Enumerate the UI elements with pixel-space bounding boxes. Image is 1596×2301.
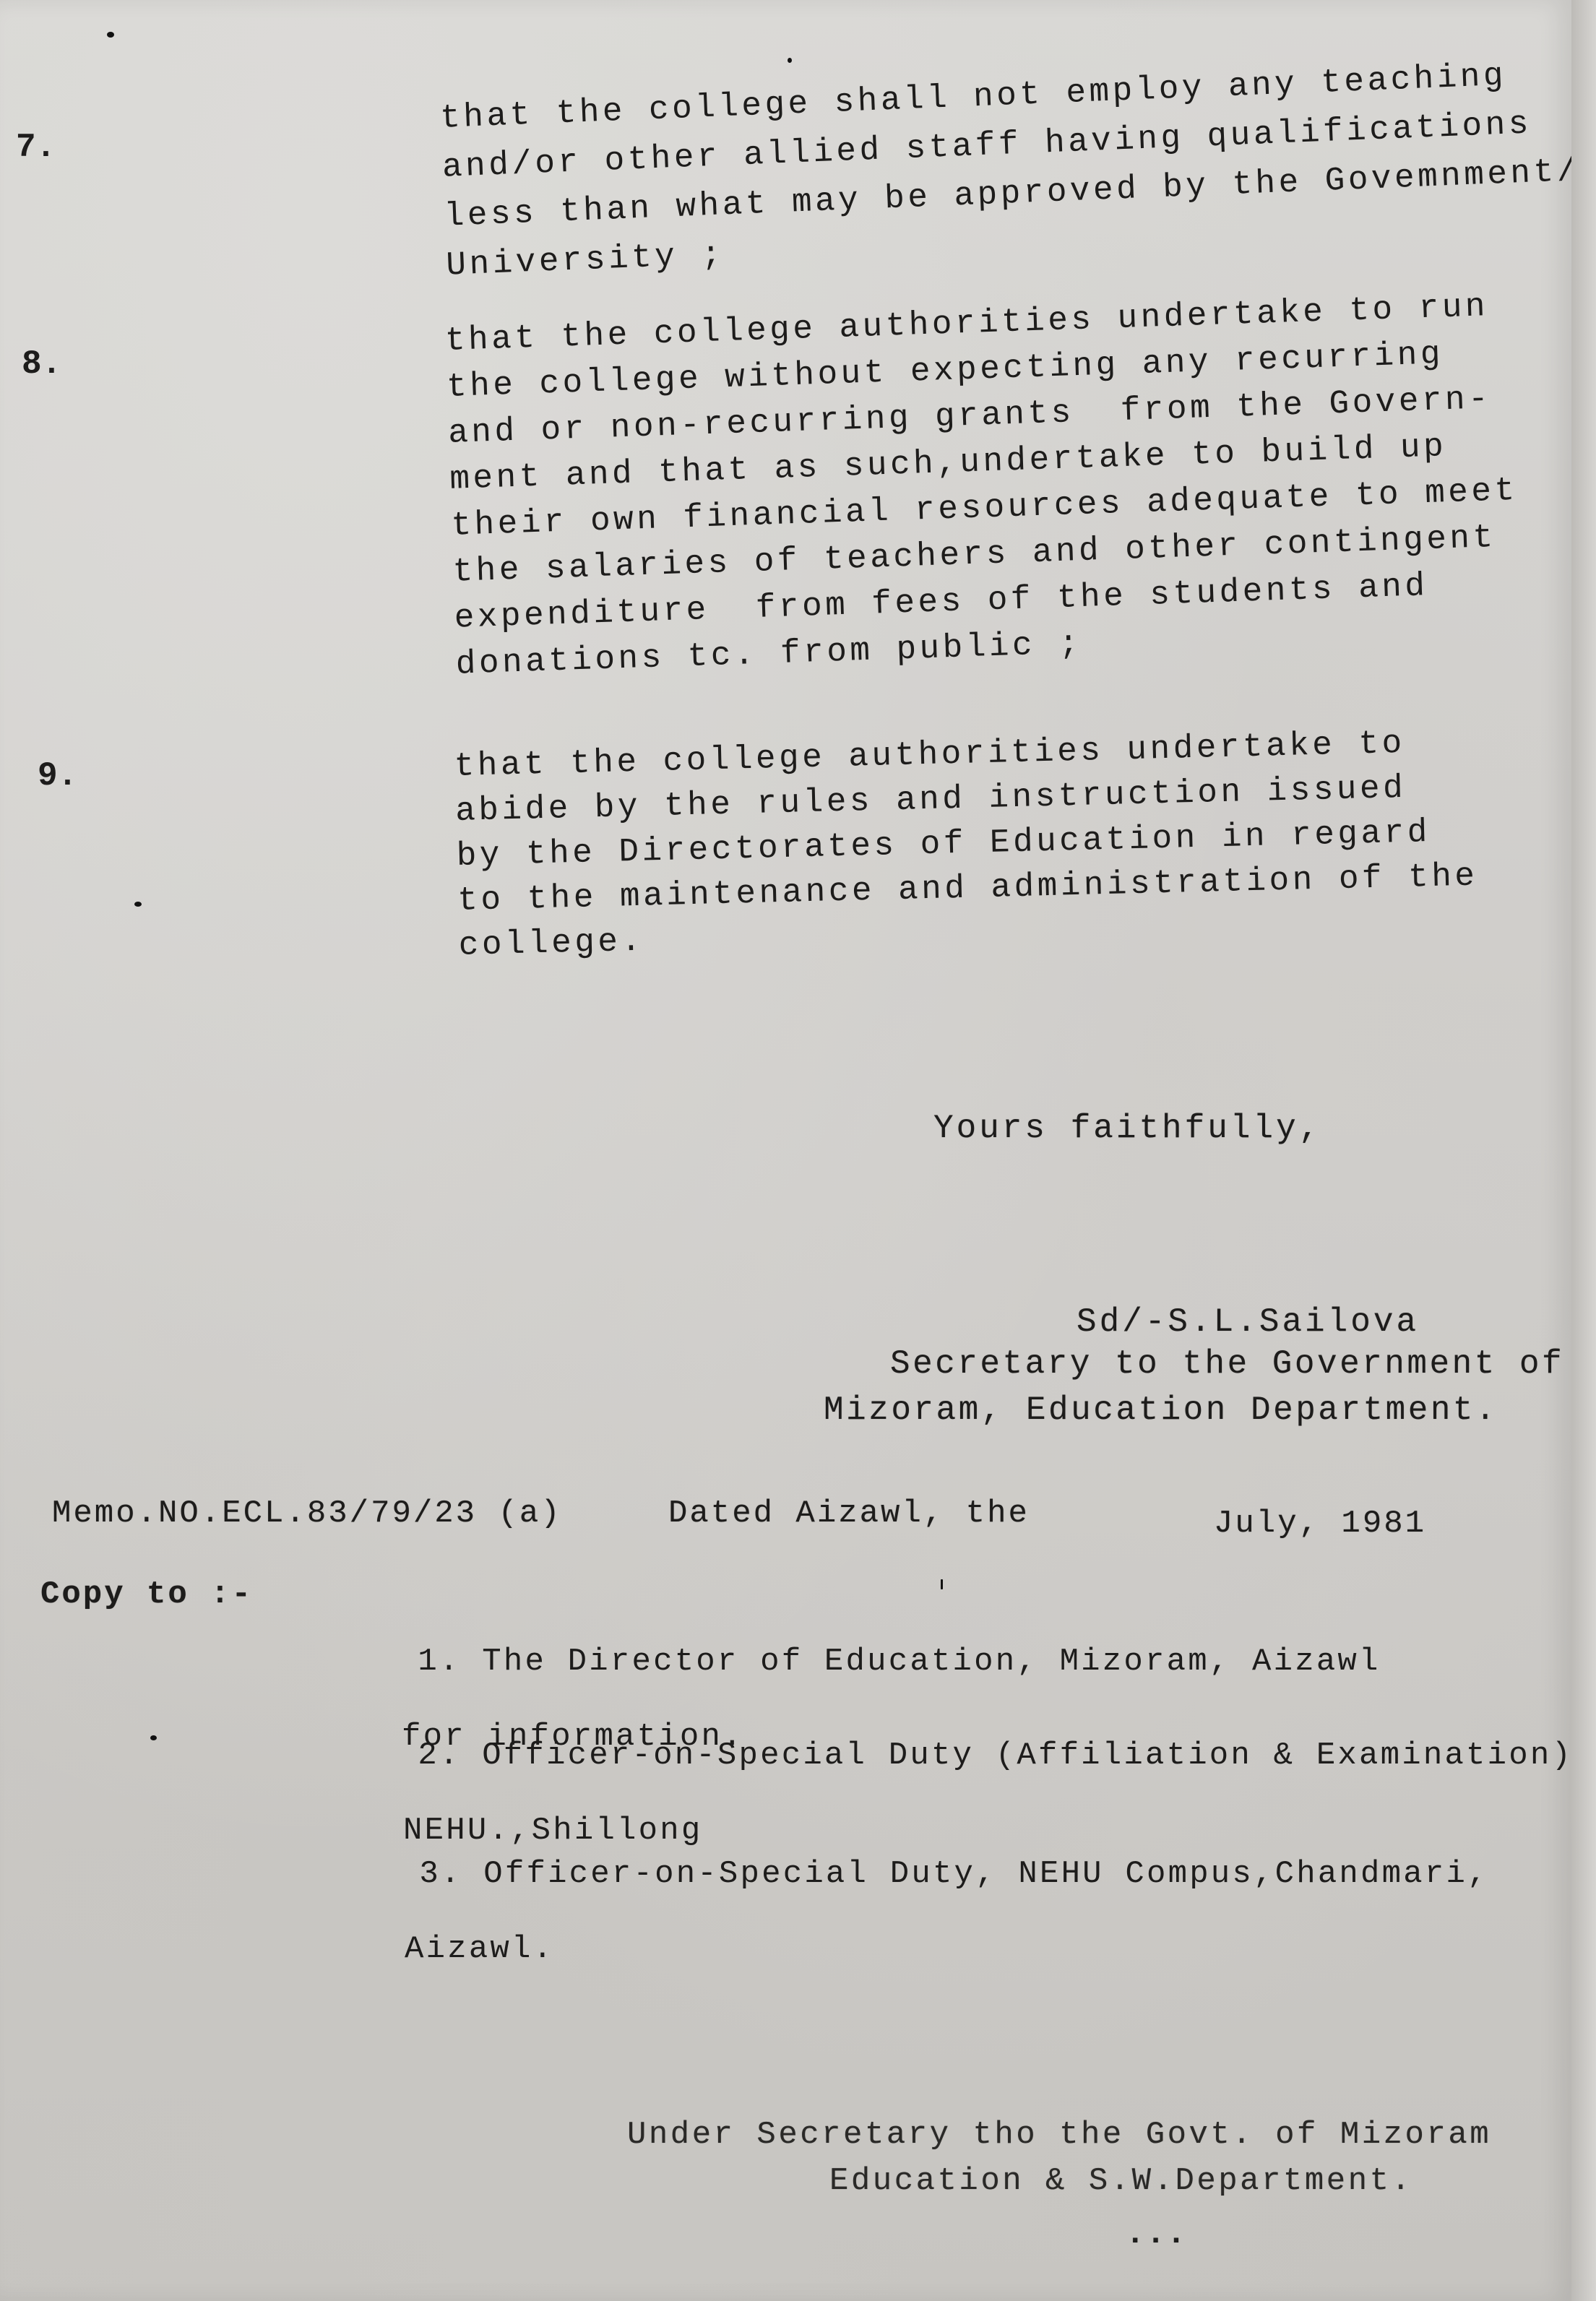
letter-page: 7. that the college shall not employ any… (0, 0, 1571, 2301)
closing-salutation: Yours faithfully, (933, 1110, 1321, 1147)
signatory-title: Secretary to the Government of (890, 1345, 1564, 1383)
continuation-mark: ... (1126, 2216, 1187, 2253)
ink-speck (788, 58, 792, 63)
ink-speck (941, 1579, 943, 1589)
clause-number: 7. (16, 129, 56, 166)
copy-to-label: Copy to :- (40, 1576, 253, 1613)
clause-9-text: that the college authorities undertake t… (454, 719, 1480, 967)
recipient-number: 3. (419, 1856, 462, 1892)
clause-7-text: that the college shall not employ any te… (439, 48, 1583, 290)
ink-speck (150, 1735, 157, 1740)
recipient-number: 1. (418, 1644, 460, 1680)
memo-number: Memo.NO.ECL.83/79/23 (a) (52, 1495, 562, 1532)
ink-speck (107, 32, 114, 38)
clause-number: 9. (38, 757, 77, 795)
recipient-line: Officer-on-Special Duty, NEHU Compus,Cha… (483, 1856, 1488, 1892)
copy-recipient: 3. Officer-on-Special Duty, NEHU Compus,… (334, 1818, 1489, 2043)
under-secretary-title: Under Secretary tho the Govt. of Mizoram (627, 2117, 1491, 2153)
paper-edge (1571, 0, 1596, 2301)
under-secretary-department: Education & S.W.Department. (829, 2163, 1412, 2199)
ink-speck (134, 902, 142, 907)
recipient-number: 2. (418, 1737, 460, 1774)
memo-date: July, 1981 (1214, 1506, 1426, 1542)
recipient-line: Officer-on-Special Duty (Affiliation & E… (482, 1737, 1573, 1774)
recipient-line: Aizawl. (334, 1930, 1489, 1968)
signatory-name: Sd/-S.L.Sailova (1077, 1303, 1419, 1341)
recipient-line: The Director of Education, Mizoram, Aiza… (482, 1644, 1380, 1680)
clause-8-text: that the college authorities undertake t… (444, 282, 1523, 688)
clause-number: 8. (22, 345, 61, 383)
memo-dated-label: Dated Aizawl, the (668, 1495, 1030, 1532)
signatory-department: Mizoram, Education Department. (824, 1391, 1498, 1429)
